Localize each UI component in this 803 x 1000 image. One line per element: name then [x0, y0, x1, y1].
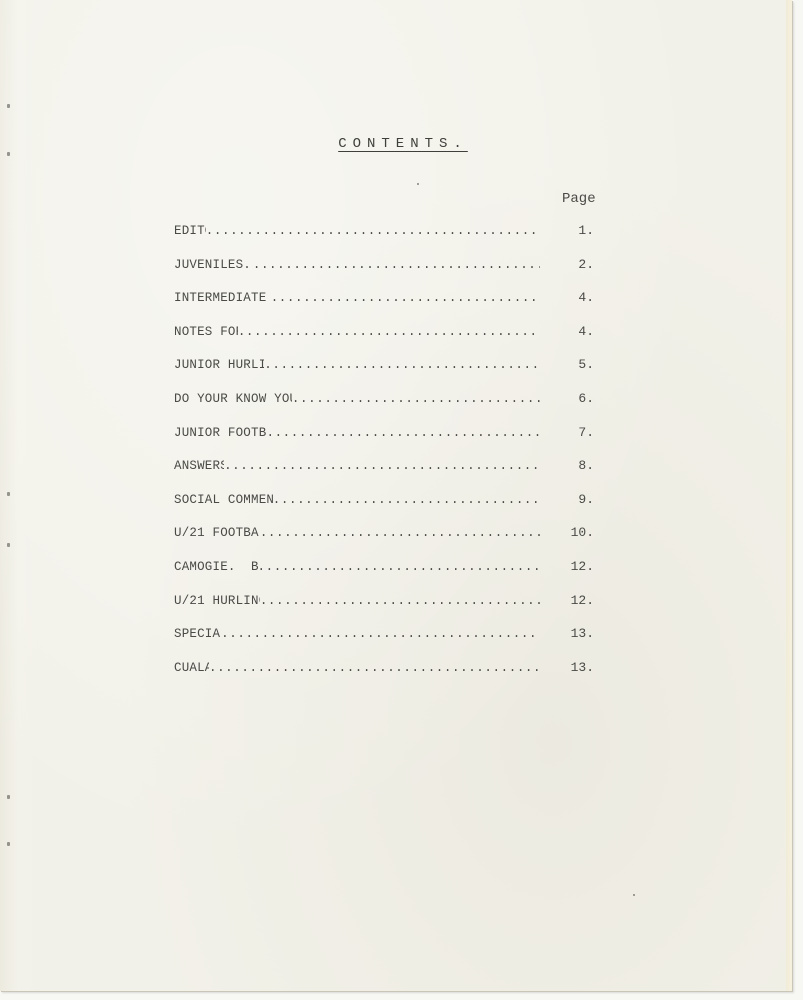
typewritten-page: CONTENTS. Page EDITORIAL 1. JUVENILES. B…: [0, 0, 792, 991]
toc-entry-title: DO YOUR KNOW YOUR GAMES. By Noel O'Donog…: [174, 388, 292, 410]
margin-mark: [7, 543, 10, 547]
margin-mark: [7, 104, 10, 108]
toc-entry: JUNIOR FOOTBALL. By Peter Burke 7.: [174, 422, 598, 456]
toc-entry: NOTES FOR YOUR DIARY 4.: [174, 321, 598, 355]
dot-leader: [266, 422, 540, 444]
toc-entry-title: ANSWERS TO QUIZ: [174, 455, 224, 477]
toc-entry: JUNIOR HURLING. By John Bailey 5.: [174, 354, 598, 388]
toc-entry-title: SOCIAL COMMENTS. By Mrs. M. Priest: [174, 489, 273, 511]
toc-entry: JUVENILES. By Mick Dunphy 2.: [174, 254, 598, 288]
toc-entry-title: NOTES FOR YOUR DIARY: [174, 321, 238, 343]
dot-leader: [221, 623, 540, 645]
toc-entry-page: 5.: [554, 354, 598, 376]
margin-mark: [7, 152, 10, 156]
toc-entry-page: 6.: [554, 388, 598, 410]
toc-entry-title: U/21 FOOTBALL. By M. Sheanon: [174, 522, 260, 544]
toc-entry: SOCIAL COMMENTS. By Mrs. M. Priest 9.: [174, 489, 598, 523]
toc-entry-page: 12.: [554, 590, 598, 612]
toc-entry: U/21 HURLING. By. Joe Mooney 12.: [174, 590, 598, 624]
toc-entry-title: U/21 HURLING. By. Joe Mooney: [174, 590, 260, 612]
toc-entry: CUALA WALK 13.: [174, 657, 598, 691]
toc-entry-page: 1.: [554, 220, 598, 242]
dot-leader: [292, 388, 540, 410]
toc-entry-page: 10.: [554, 522, 598, 544]
dot-leader: [209, 657, 540, 679]
dot-leader: [253, 254, 540, 276]
page-column-header: Page: [562, 191, 596, 207]
toc-entry: U/21 FOOTBALL. By M. Sheanon 10.: [174, 522, 598, 556]
paper-speck: [417, 183, 419, 185]
toc-entry-page: 4.: [554, 321, 598, 343]
dot-leader: [206, 220, 540, 242]
table-of-contents: EDITORIAL 1. JUVENILES. By Mick Dunphy 2…: [174, 220, 598, 690]
dot-leader: [260, 522, 540, 544]
toc-entry: INTERMEDIATE HURLING. By J. Doyle 4.: [174, 287, 598, 321]
dot-leader: [260, 590, 540, 612]
toc-entry-page: 8.: [554, 455, 598, 477]
dot-leader: [224, 455, 540, 477]
toc-entry-title: JUNIOR FOOTBALL. By Peter Burke: [174, 422, 266, 444]
toc-entry-page: 13.: [554, 623, 598, 645]
toc-entry-title: CUALA WALK: [174, 657, 209, 679]
toc-entry-title: EDITORIAL: [174, 220, 206, 242]
toc-entry: EDITORIAL 1.: [174, 220, 598, 254]
toc-entry-page: 7.: [554, 422, 598, 444]
margin-mark: [7, 492, 10, 496]
toc-entry-title: SPECIAL NOTICE: [174, 623, 221, 645]
contents-title: CONTENTS.: [0, 136, 792, 152]
dot-leader: [258, 556, 540, 578]
toc-entry-title: CAMOGIE. By Miss V. Kearney: [174, 556, 258, 578]
dot-leader: [238, 321, 540, 343]
toc-entry: DO YOUR KNOW YOUR GAMES. By Noel O'Donog…: [174, 388, 598, 422]
toc-entry: SPECIAL NOTICE 13.: [174, 623, 598, 657]
dot-leader: [271, 287, 540, 309]
toc-entry: CAMOGIE. By Miss V. Kearney 12.: [174, 556, 598, 590]
paper-speck: [633, 894, 635, 896]
toc-entry-page: 2.: [554, 254, 598, 276]
toc-entry-page: 12.: [554, 556, 598, 578]
toc-entry-page: 4.: [554, 287, 598, 309]
toc-entry: ANSWERS TO QUIZ 8.: [174, 455, 598, 489]
dot-leader: [273, 489, 540, 511]
toc-entry-page: 9.: [554, 489, 598, 511]
toc-entry-title: INTERMEDIATE HURLING. By J. Doyle: [174, 287, 271, 309]
margin-mark: [7, 795, 10, 799]
toc-entry-title: JUNIOR HURLING. By John Bailey: [174, 354, 264, 376]
toc-entry-page: 13.: [554, 657, 598, 679]
margin-mark: [7, 842, 10, 846]
dot-leader: [264, 354, 540, 376]
toc-entry-title: JUVENILES. By Mick Dunphy: [174, 254, 253, 276]
